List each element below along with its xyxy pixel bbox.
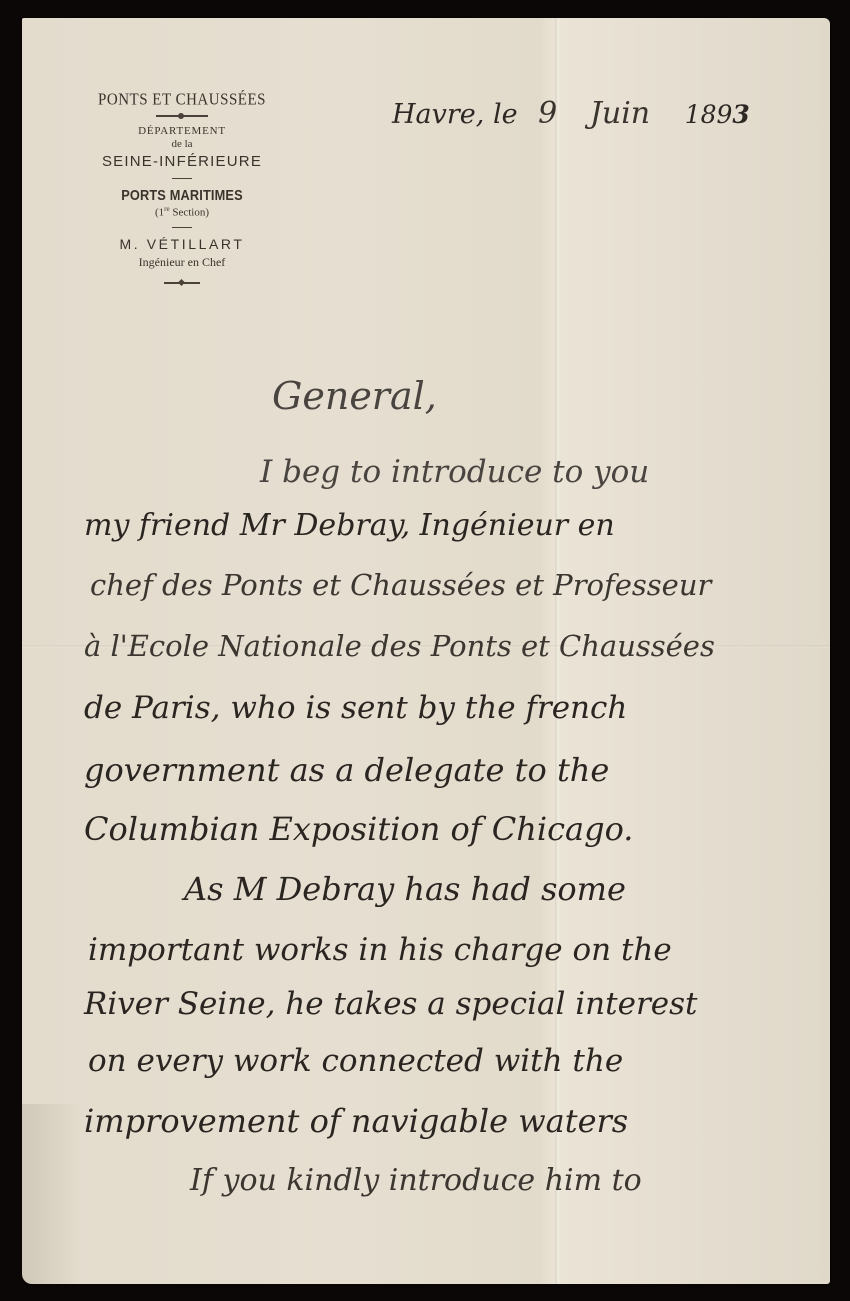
- dateline-year-digit: 3: [732, 100, 749, 129]
- letter-line: my friend Mr Debray, Ingénieur en: [84, 508, 615, 543]
- letter-line: chef des Ponts et Chaussées et Professeu…: [90, 568, 711, 602]
- letter-line: government as a delegate to the: [84, 751, 609, 789]
- paper-curl-shadow: [22, 1104, 82, 1284]
- dateline-day: 9: [538, 96, 557, 131]
- letterhead-department-name: SEINE-INFÉRIEURE: [62, 153, 302, 170]
- letter-line: As M Debray has had some: [184, 870, 626, 908]
- dateline-month: Juin: [590, 96, 650, 131]
- letterhead: PONTS ET CHAUSSÉES DÉPARTEMENT de la SEI…: [62, 92, 302, 286]
- letterhead-department-label: DÉPARTEMENT: [62, 125, 302, 137]
- letterhead-rule: [172, 178, 192, 179]
- letterhead-engineer-title: Ingénieur en Chef: [62, 255, 302, 270]
- letterhead-organization: PONTS ET CHAUSSÉES: [62, 91, 302, 111]
- section-label: Section: [172, 207, 205, 219]
- letter-line: de Paris, who is sent by the french: [84, 690, 627, 726]
- dateline: Havre, le 9 Juin 1893: [392, 96, 750, 131]
- letterhead-engineer-name: M. VÉTILLART: [62, 236, 302, 252]
- ornament-star-icon: [164, 280, 200, 286]
- ornament-divider-icon: [156, 113, 208, 119]
- letterhead-department-of: de la: [62, 138, 302, 150]
- letterhead-service: PORTS MARITIMES: [80, 187, 284, 204]
- letter-line: à l'Ecole Nationale des Ponts et Chaussé…: [84, 629, 715, 663]
- letterhead-rule: [172, 227, 192, 228]
- letter-line: Columbian Exposition of Chicago.: [84, 810, 633, 848]
- section-suffix: re: [164, 205, 169, 213]
- letter-line: improvement of navigable waters: [84, 1102, 628, 1140]
- letterhead-section: (1re Section): [62, 205, 302, 219]
- letter-line: important works in his charge on the: [88, 932, 672, 968]
- dateline-place: Havre, le: [392, 99, 518, 130]
- letter-line: I beg to introduce to you: [260, 454, 649, 490]
- letter-salutation: General,: [272, 374, 437, 418]
- scan-background: PONTS ET CHAUSSÉES DÉPARTEMENT de la SEI…: [0, 0, 850, 1301]
- dateline-year: 1893: [685, 100, 750, 129]
- letter-line: River Seine, he takes a special interest: [84, 986, 697, 1022]
- dateline-year-prefix: 189: [685, 100, 733, 129]
- letter-line: If you kindly introduce him to: [190, 1163, 642, 1198]
- letter-sheet: PONTS ET CHAUSSÉES DÉPARTEMENT de la SEI…: [22, 18, 830, 1284]
- letter-line: on every work connected with the: [88, 1043, 623, 1079]
